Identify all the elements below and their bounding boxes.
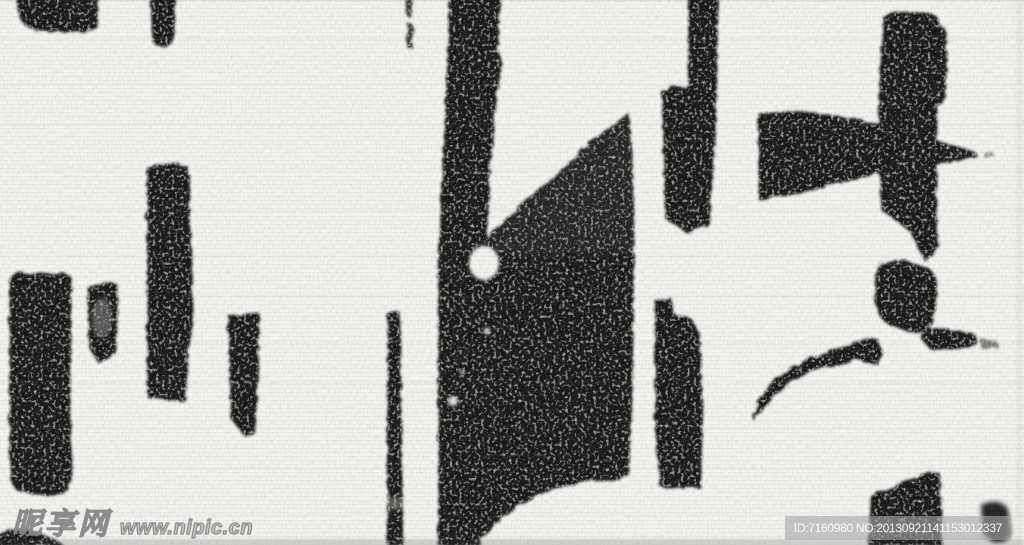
nipic-watermark: 昵享网 www.nipic.cn (12, 499, 253, 543)
nipic-logo-text: 昵享网 (12, 499, 111, 543)
photo-scene (0, 0, 1024, 545)
film-grain-overlay (0, 0, 1024, 545)
image-id-text: ID:7160980 NO:20130921141153012337 (794, 521, 1002, 535)
image-id-watermark: ID:7160980 NO:20130921141153012337 (785, 516, 1011, 540)
scanned-photo: 昵享网 www.nipic.cn ID:7160980 NO:201309211… (0, 0, 1024, 545)
nipic-url-text: www.nipic.cn (120, 517, 253, 540)
